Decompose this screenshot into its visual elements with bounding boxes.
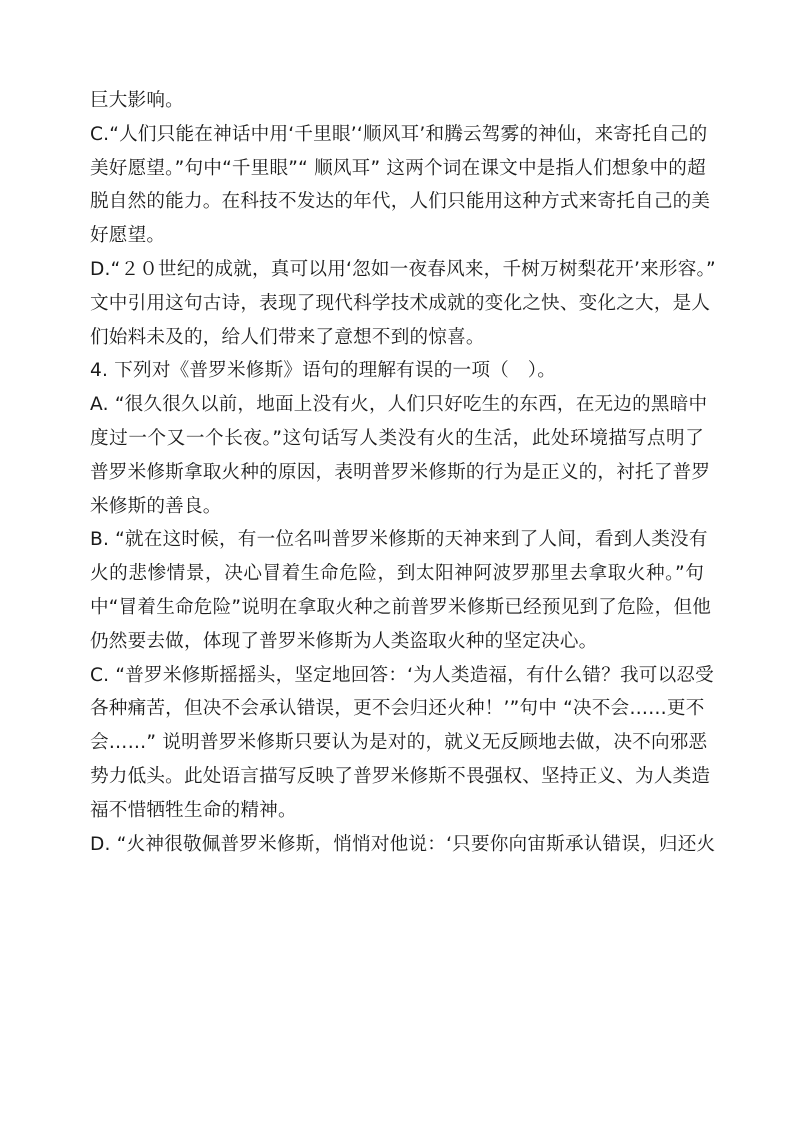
text-line: D. “火神很敬佩普罗米修斯，悄悄对他说：‘只要你向宙斯承认错误，归还火 [90, 828, 704, 862]
text-line: B. “就在这时候，有一位名叫普罗米修斯的天神来到了人间，看到人类没有 [90, 523, 704, 557]
text-line: 中“冒着生命危险”说明在拿取火种之前普罗米修斯已经预见到了危险，但他 [90, 591, 704, 625]
text-line: 势力低头。此处语言描写反映了普罗米修斯不畏强权、坚持正义、为人类造 [90, 760, 704, 794]
paragraph-q4-option-d: D. “火神很敬佩普罗米修斯，悄悄对他说：‘只要你向宙斯承认错误，归还火 [90, 828, 706, 862]
paragraph-q4-option-b: B. “就在这时候，有一位名叫普罗米修斯的天神来到了人间，看到人类没有 火的悲惨… [90, 523, 706, 658]
paragraph-q4-option-a: A. “很久很久以前，地面上没有火，人们只好吃生的东西，在无边的黑暗中 度过一个… [90, 388, 706, 523]
paragraph-question-4: 4. 下列对《普罗米修斯》语句的理解有误的一项（ ）。 [90, 354, 706, 388]
text-line: 会……” 说明普罗米修斯只要认为是对的，就义无反顾地去做，决不向邪恶 [90, 726, 704, 760]
text-line: 美好愿望。”句中“千里眼”“ 顺风耳” 这两个词在课文中是指人们想象中的超 [90, 152, 704, 186]
text-line: A. “很久很久以前，地面上没有火，人们只好吃生的东西，在无边的黑暗中 [90, 388, 704, 422]
text-line: 福不惜牺牲生命的精神。 [90, 794, 706, 828]
paragraph-q3-option-d: D.“２０世纪的成就，真可以用‘忽如一夜春风来，千树万树梨花开’来形容。” 文中… [90, 253, 706, 354]
text-line: 米修斯的善良。 [90, 490, 706, 524]
paragraph-q3-option-c: C.“人们只能在神话中用‘千里眼’‘顺风耳’和腾云驾雾的神仙，来寄托自己的 美好… [90, 118, 706, 253]
paragraph-q3-b-tail: 巨大影响。 [90, 84, 706, 118]
text-line: 好愿望。 [90, 219, 706, 253]
paragraph-q4-option-c: C. “普罗米修斯摇摇头，坚定地回答：‘为人类造福，有什么错？我可以忍受 各种痛… [90, 659, 706, 828]
text-line: D.“２０世纪的成就，真可以用‘忽如一夜春风来，千树万树梨花开’来形容。” [90, 253, 704, 287]
document-page: 巨大影响。 C.“人们只能在神话中用‘千里眼’‘顺风耳’和腾云驾雾的神仙，来寄托… [90, 84, 706, 861]
text-line: C.“人们只能在神话中用‘千里眼’‘顺风耳’和腾云驾雾的神仙，来寄托自己的 [90, 118, 704, 152]
text-line: C. “普罗米修斯摇摇头，坚定地回答：‘为人类造福，有什么错？我可以忍受 [90, 659, 704, 693]
text-line: 火的悲惨情景，决心冒着生命危险，到太阳神阿波罗那里去拿取火种。”句 [90, 557, 704, 591]
text-line: 们始料未及的，给人们带来了意想不到的惊喜。 [90, 321, 706, 355]
question-heading: 4. 下列对《普罗米修斯》语句的理解有误的一项（ ）。 [90, 354, 706, 388]
text-line: 巨大影响。 [90, 84, 706, 118]
text-line: 仍然要去做，体现了普罗米修斯为人类盗取火种的坚定决心。 [90, 625, 706, 659]
text-line: 文中引用这句古诗，表现了现代科学技术成就的变化之快、变化之大，是人 [90, 287, 704, 321]
text-line: 各种痛苦，但决不会承认错误，更不会归还火种！’”句中 “决不会……更不 [90, 692, 704, 726]
text-line: 脱自然的能力。在科技不发达的年代，人们只能用这种方式来寄托自己的美 [90, 185, 704, 219]
text-line: 度过一个又一个长夜。”这句话写人类没有火的生活，此处环境描写点明了 [90, 422, 704, 456]
text-line: 普罗米修斯拿取火种的原因，表明普罗米修斯的行为是正义的，衬托了普罗 [90, 456, 704, 490]
